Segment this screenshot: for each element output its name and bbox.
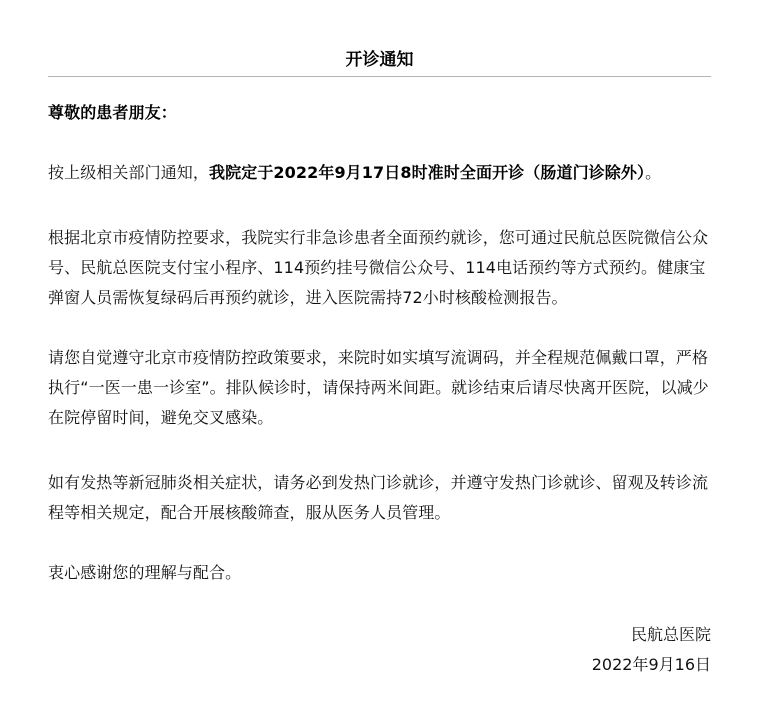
paragraph-fever-clinic: 如有发热等新冠肺炎相关症状，请务必到发热门诊就诊，并遵守发热门诊就诊、留观及转诊…: [48, 468, 711, 528]
signature-organization: 民航总医院: [48, 620, 711, 650]
paragraph-appointment: 根据北京市疫情防控要求，我院实行非急诊患者全面预约就诊，您可通过民航总医院微信公…: [48, 223, 711, 313]
paragraph-prevention: 请您自觉遵守北京市疫情防控政策要求，来院时如实填写流调码，并全程规范佩戴口罩，严…: [48, 343, 711, 433]
paragraph-reopening-suffix: 。: [645, 163, 661, 182]
signature-date: 2022年9月16日: [48, 650, 711, 680]
paragraph-reopening: 按上级相关部门通知，我院定于2022年9月17日8时准时全面开诊（肠道门诊除外）…: [48, 158, 711, 188]
paragraph-reopening-prefix: 按上级相关部门通知，: [48, 163, 209, 182]
title-divider: [48, 76, 711, 77]
notice-title: 开诊通知: [48, 48, 711, 72]
paragraph-thanks: 衷心感谢您的理解与配合。: [48, 558, 711, 588]
reopening-date-highlight: 我院定于2022年9月17日8时准时全面开诊（肠道门诊除外）: [209, 163, 645, 182]
greeting: 尊敬的患者朋友：: [48, 98, 711, 128]
